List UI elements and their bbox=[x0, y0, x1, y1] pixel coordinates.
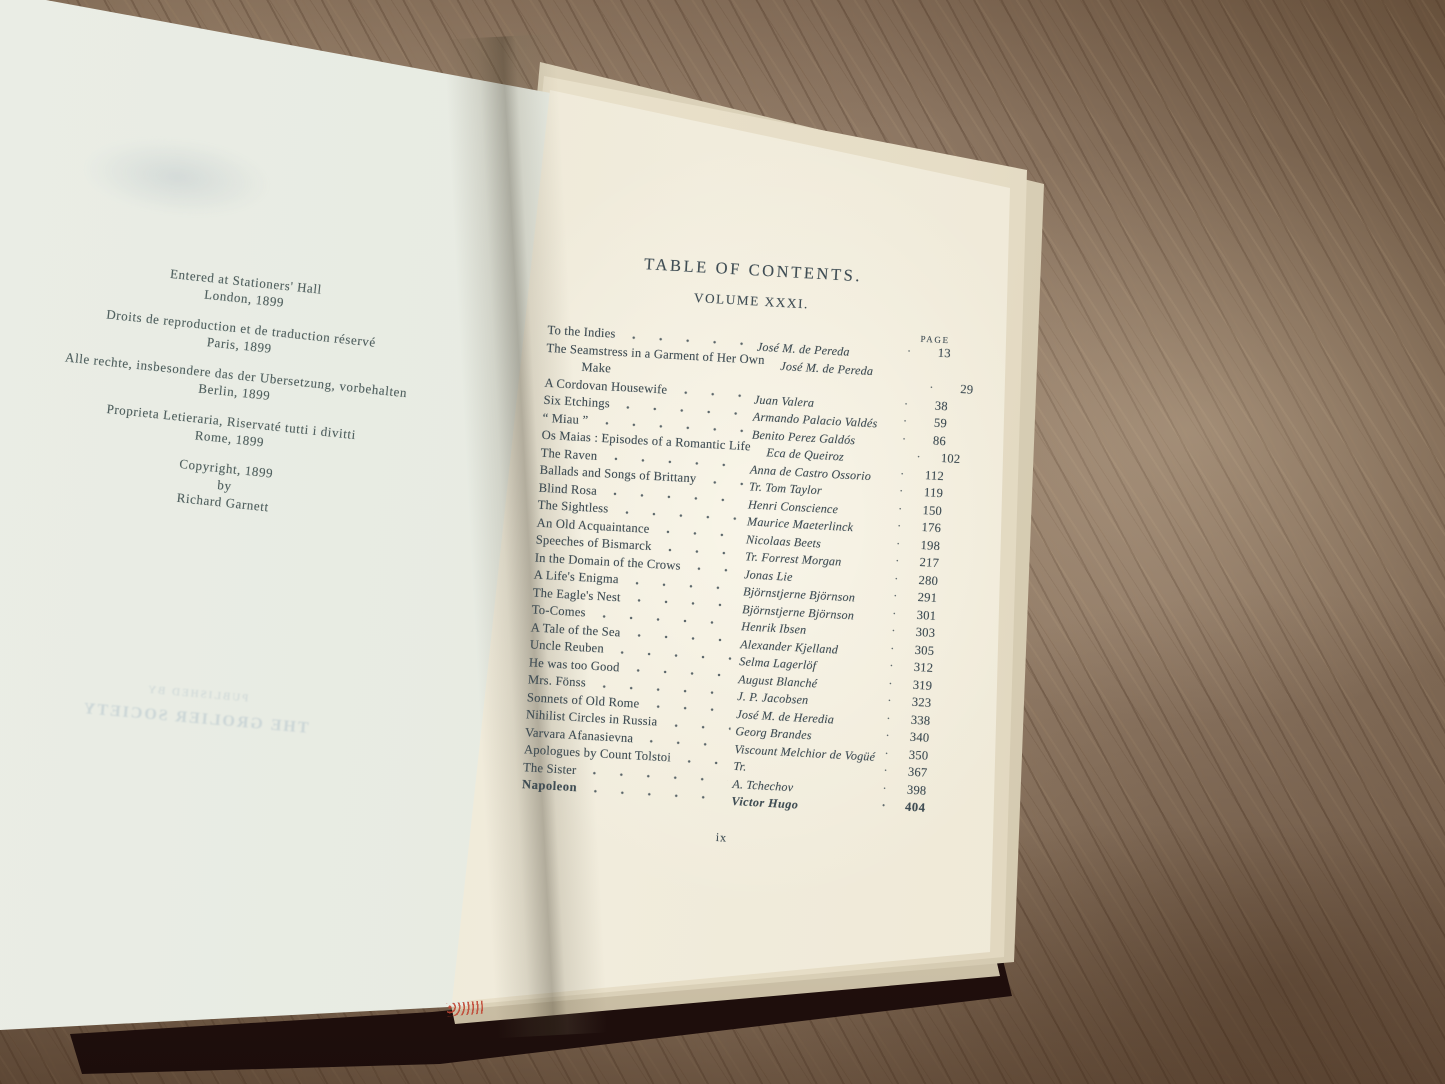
toc-entry-author: José M. de Pereda bbox=[780, 357, 931, 383]
page-number: 150 bbox=[922, 502, 942, 521]
leader-dot bbox=[895, 553, 900, 571]
page-number: 86 bbox=[932, 432, 946, 450]
leader-dot bbox=[906, 343, 911, 361]
leader-dot bbox=[891, 623, 896, 641]
page-number: 176 bbox=[921, 519, 941, 538]
page-number: 198 bbox=[920, 537, 940, 556]
leader-dot bbox=[888, 675, 893, 693]
page-number: 305 bbox=[914, 641, 934, 660]
leader-dot bbox=[916, 449, 921, 467]
page-number: 340 bbox=[909, 729, 929, 748]
page-number: 367 bbox=[907, 764, 927, 783]
page-number: 303 bbox=[915, 624, 935, 643]
page-number: 280 bbox=[918, 571, 938, 590]
leader-dot bbox=[897, 518, 902, 536]
toc-list: PAGE To the Indies José M. de Pereda 13 … bbox=[522, 322, 952, 816]
toc-entry-page: 404 bbox=[881, 797, 926, 817]
leader-dot bbox=[884, 745, 889, 763]
page-number: 13 bbox=[937, 345, 951, 363]
page-number: 301 bbox=[916, 606, 936, 625]
leader-dot bbox=[896, 535, 901, 553]
page-number: 404 bbox=[905, 799, 926, 818]
copyright-imprint-block: Entered at Stationers' Hall London, 1899… bbox=[22, 252, 446, 544]
page-number: 119 bbox=[924, 484, 944, 503]
page-number: 59 bbox=[933, 415, 947, 433]
leader-dot bbox=[899, 483, 904, 501]
page-number: 312 bbox=[913, 659, 933, 678]
leader-dot bbox=[883, 762, 888, 780]
leader-dot bbox=[903, 395, 908, 413]
leader-dot bbox=[882, 780, 887, 798]
leader-dot bbox=[893, 588, 898, 606]
toc-entry-title: Napoleon bbox=[522, 776, 578, 797]
toc-entry-page: 13 bbox=[906, 343, 951, 363]
page-number: 38 bbox=[934, 397, 948, 415]
leader-dot bbox=[885, 727, 890, 745]
leader-dot bbox=[929, 379, 934, 397]
page-number: 319 bbox=[912, 676, 932, 695]
page-number: 102 bbox=[940, 450, 960, 469]
page-number: 350 bbox=[908, 746, 928, 765]
photo-open-book-on-wood-table: { "colors": { "wood_base": "#97816b", "b… bbox=[0, 0, 1445, 1084]
leader-dot bbox=[889, 657, 894, 675]
leader-dot bbox=[894, 570, 899, 588]
table-of-contents: TABLE OF CONTENTS. VOLUME XXXI. PAGE To … bbox=[519, 250, 955, 858]
leader-dot bbox=[886, 710, 891, 728]
toc-entry-page: 86 bbox=[902, 430, 947, 450]
page-number: 291 bbox=[917, 589, 937, 608]
leader-dot bbox=[890, 640, 895, 658]
page-number: 323 bbox=[911, 694, 931, 713]
leader-dot bbox=[881, 797, 887, 815]
page-number: 217 bbox=[919, 554, 939, 573]
leader-dot bbox=[900, 465, 905, 483]
page-number: 398 bbox=[906, 781, 926, 800]
page-number: 112 bbox=[924, 467, 944, 486]
leader-dot bbox=[902, 430, 907, 448]
page-number: 29 bbox=[960, 381, 974, 399]
page-number: 338 bbox=[910, 711, 930, 730]
leader-dot bbox=[887, 692, 892, 710]
leader-dot bbox=[892, 605, 897, 623]
leader-dot bbox=[898, 500, 903, 518]
leader-dot bbox=[902, 413, 907, 431]
toc-entry-title-line1: Napoleon bbox=[522, 776, 578, 797]
